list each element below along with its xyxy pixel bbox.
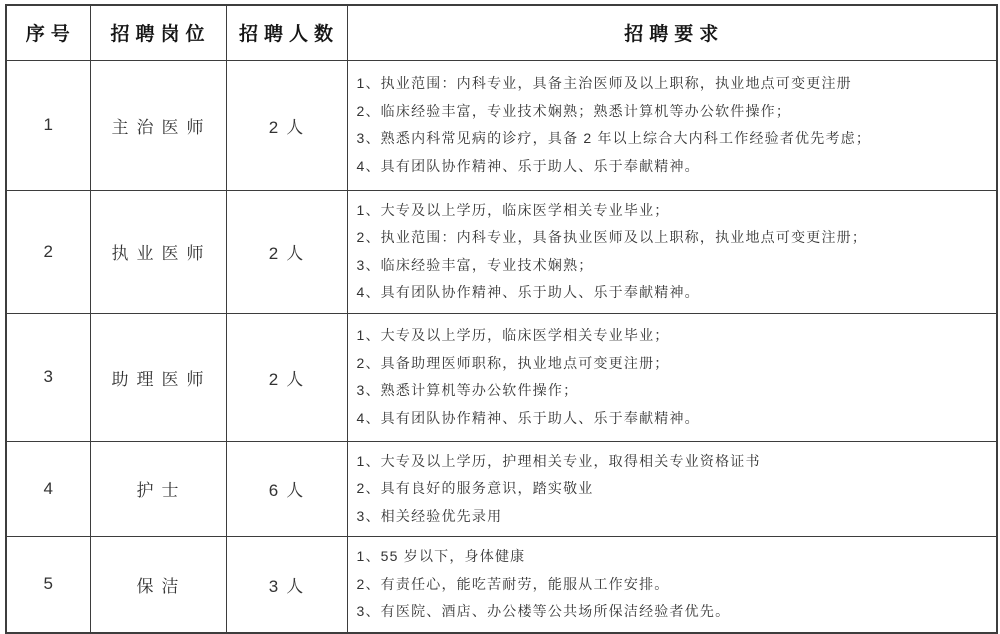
position-cell: 保洁 (90, 537, 226, 633)
requirement-line: 3、相关经验优先录用 (357, 503, 991, 531)
table-row: 5 保洁 3人 1、55 岁以下，身体健康 2、有责任心，能吃苦耐劳，能服从工作… (6, 537, 997, 633)
headcount-cell: 3人 (226, 537, 347, 633)
requirements-cell: 1、执业范围：内科专业，具备主治医师及以上职称，执业地点可变更注册 2、临床经验… (347, 60, 997, 190)
col-header-serial: 序号 (6, 5, 90, 60)
requirements-cell: 1、55 岁以下，身体健康 2、有责任心，能吃苦耐劳，能服从工作安排。 3、有医… (347, 537, 997, 633)
requirement-line: 1、大专及以上学历，临床医学相关专业毕业； (357, 322, 991, 350)
requirements-cell: 1、大专及以上学历，临床医学相关专业毕业； 2、具备助理医师职称，执业地点可变更… (347, 313, 997, 441)
requirement-line: 2、临床经验丰富，专业技术娴熟；熟悉计算机等办公软件操作； (357, 98, 991, 126)
headcount-cell: 6人 (226, 441, 347, 537)
table-row: 1 主治医师 2人 1、执业范围：内科专业，具备主治医师及以上职称，执业地点可变… (6, 60, 997, 190)
serial-cell: 1 (6, 60, 90, 190)
requirement-line: 3、熟悉计算机等办公软件操作； (357, 377, 991, 405)
requirement-line: 1、大专及以上学历，临床医学相关专业毕业； (357, 197, 991, 225)
header-row: 序号 招聘岗位 招聘人数 招聘要求 (6, 5, 997, 60)
position-cell: 主治医师 (90, 60, 226, 190)
requirement-line: 2、有责任心，能吃苦耐劳，能服从工作安排。 (357, 571, 991, 599)
requirement-line: 2、具备助理医师职称，执业地点可变更注册； (357, 350, 991, 378)
requirement-line: 3、有医院、酒店、办公楼等公共场所保洁经验者优先。 (357, 598, 991, 626)
table-row: 4 护士 6人 1、大专及以上学历，护理相关专业，取得相关专业资格证书 2、具有… (6, 441, 997, 537)
requirement-line: 4、具有团队协作精神、乐于助人、乐于奉献精神。 (357, 405, 991, 433)
serial-cell: 5 (6, 537, 90, 633)
serial-cell: 4 (6, 441, 90, 537)
position-cell: 执业医师 (90, 190, 226, 313)
col-header-position: 招聘岗位 (90, 5, 226, 60)
serial-cell: 2 (6, 190, 90, 313)
requirement-line: 1、执业范围：内科专业，具备主治医师及以上职称，执业地点可变更注册 (357, 70, 991, 98)
table-row: 2 执业医师 2人 1、大专及以上学历，临床医学相关专业毕业； 2、执业范围：内… (6, 190, 997, 313)
requirement-line: 1、55 岁以下，身体健康 (357, 543, 991, 571)
col-header-requirements: 招聘要求 (347, 5, 997, 60)
requirements-cell: 1、大专及以上学历，临床医学相关专业毕业； 2、执业范围：内科专业，具备执业医师… (347, 190, 997, 313)
headcount-cell: 2人 (226, 190, 347, 313)
requirement-line: 3、临床经验丰富，专业技术娴熟； (357, 252, 991, 280)
requirement-line: 1、大专及以上学历，护理相关专业，取得相关专业资格证书 (357, 448, 991, 476)
position-cell: 助理医师 (90, 313, 226, 441)
position-cell: 护士 (90, 441, 226, 537)
table-row: 3 助理医师 2人 1、大专及以上学历，临床医学相关专业毕业； 2、具备助理医师… (6, 313, 997, 441)
requirement-line: 2、具有良好的服务意识，踏实敬业 (357, 475, 991, 503)
col-header-headcount: 招聘人数 (226, 5, 347, 60)
requirement-line: 3、熟悉内科常见病的诊疗，具备 2 年以上综合大内科工作经验者优先考虑； (357, 125, 991, 153)
requirement-line: 2、执业范围：内科专业，具备执业医师及以上职称，执业地点可变更注册； (357, 224, 991, 252)
requirement-line: 4、具有团队协作精神、乐于助人、乐于奉献精神。 (357, 153, 991, 181)
headcount-cell: 2人 (226, 313, 347, 441)
serial-cell: 3 (6, 313, 90, 441)
recruitment-table: 序号 招聘岗位 招聘人数 招聘要求 1 主治医师 2人 1、执业范围：内科专业，… (5, 4, 998, 634)
headcount-cell: 2人 (226, 60, 347, 190)
requirement-line: 4、具有团队协作精神、乐于助人、乐于奉献精神。 (357, 279, 991, 307)
requirements-cell: 1、大专及以上学历，护理相关专业，取得相关专业资格证书 2、具有良好的服务意识，… (347, 441, 997, 537)
page: 序号 招聘岗位 招聘人数 招聘要求 1 主治医师 2人 1、执业范围：内科专业，… (0, 0, 1000, 634)
